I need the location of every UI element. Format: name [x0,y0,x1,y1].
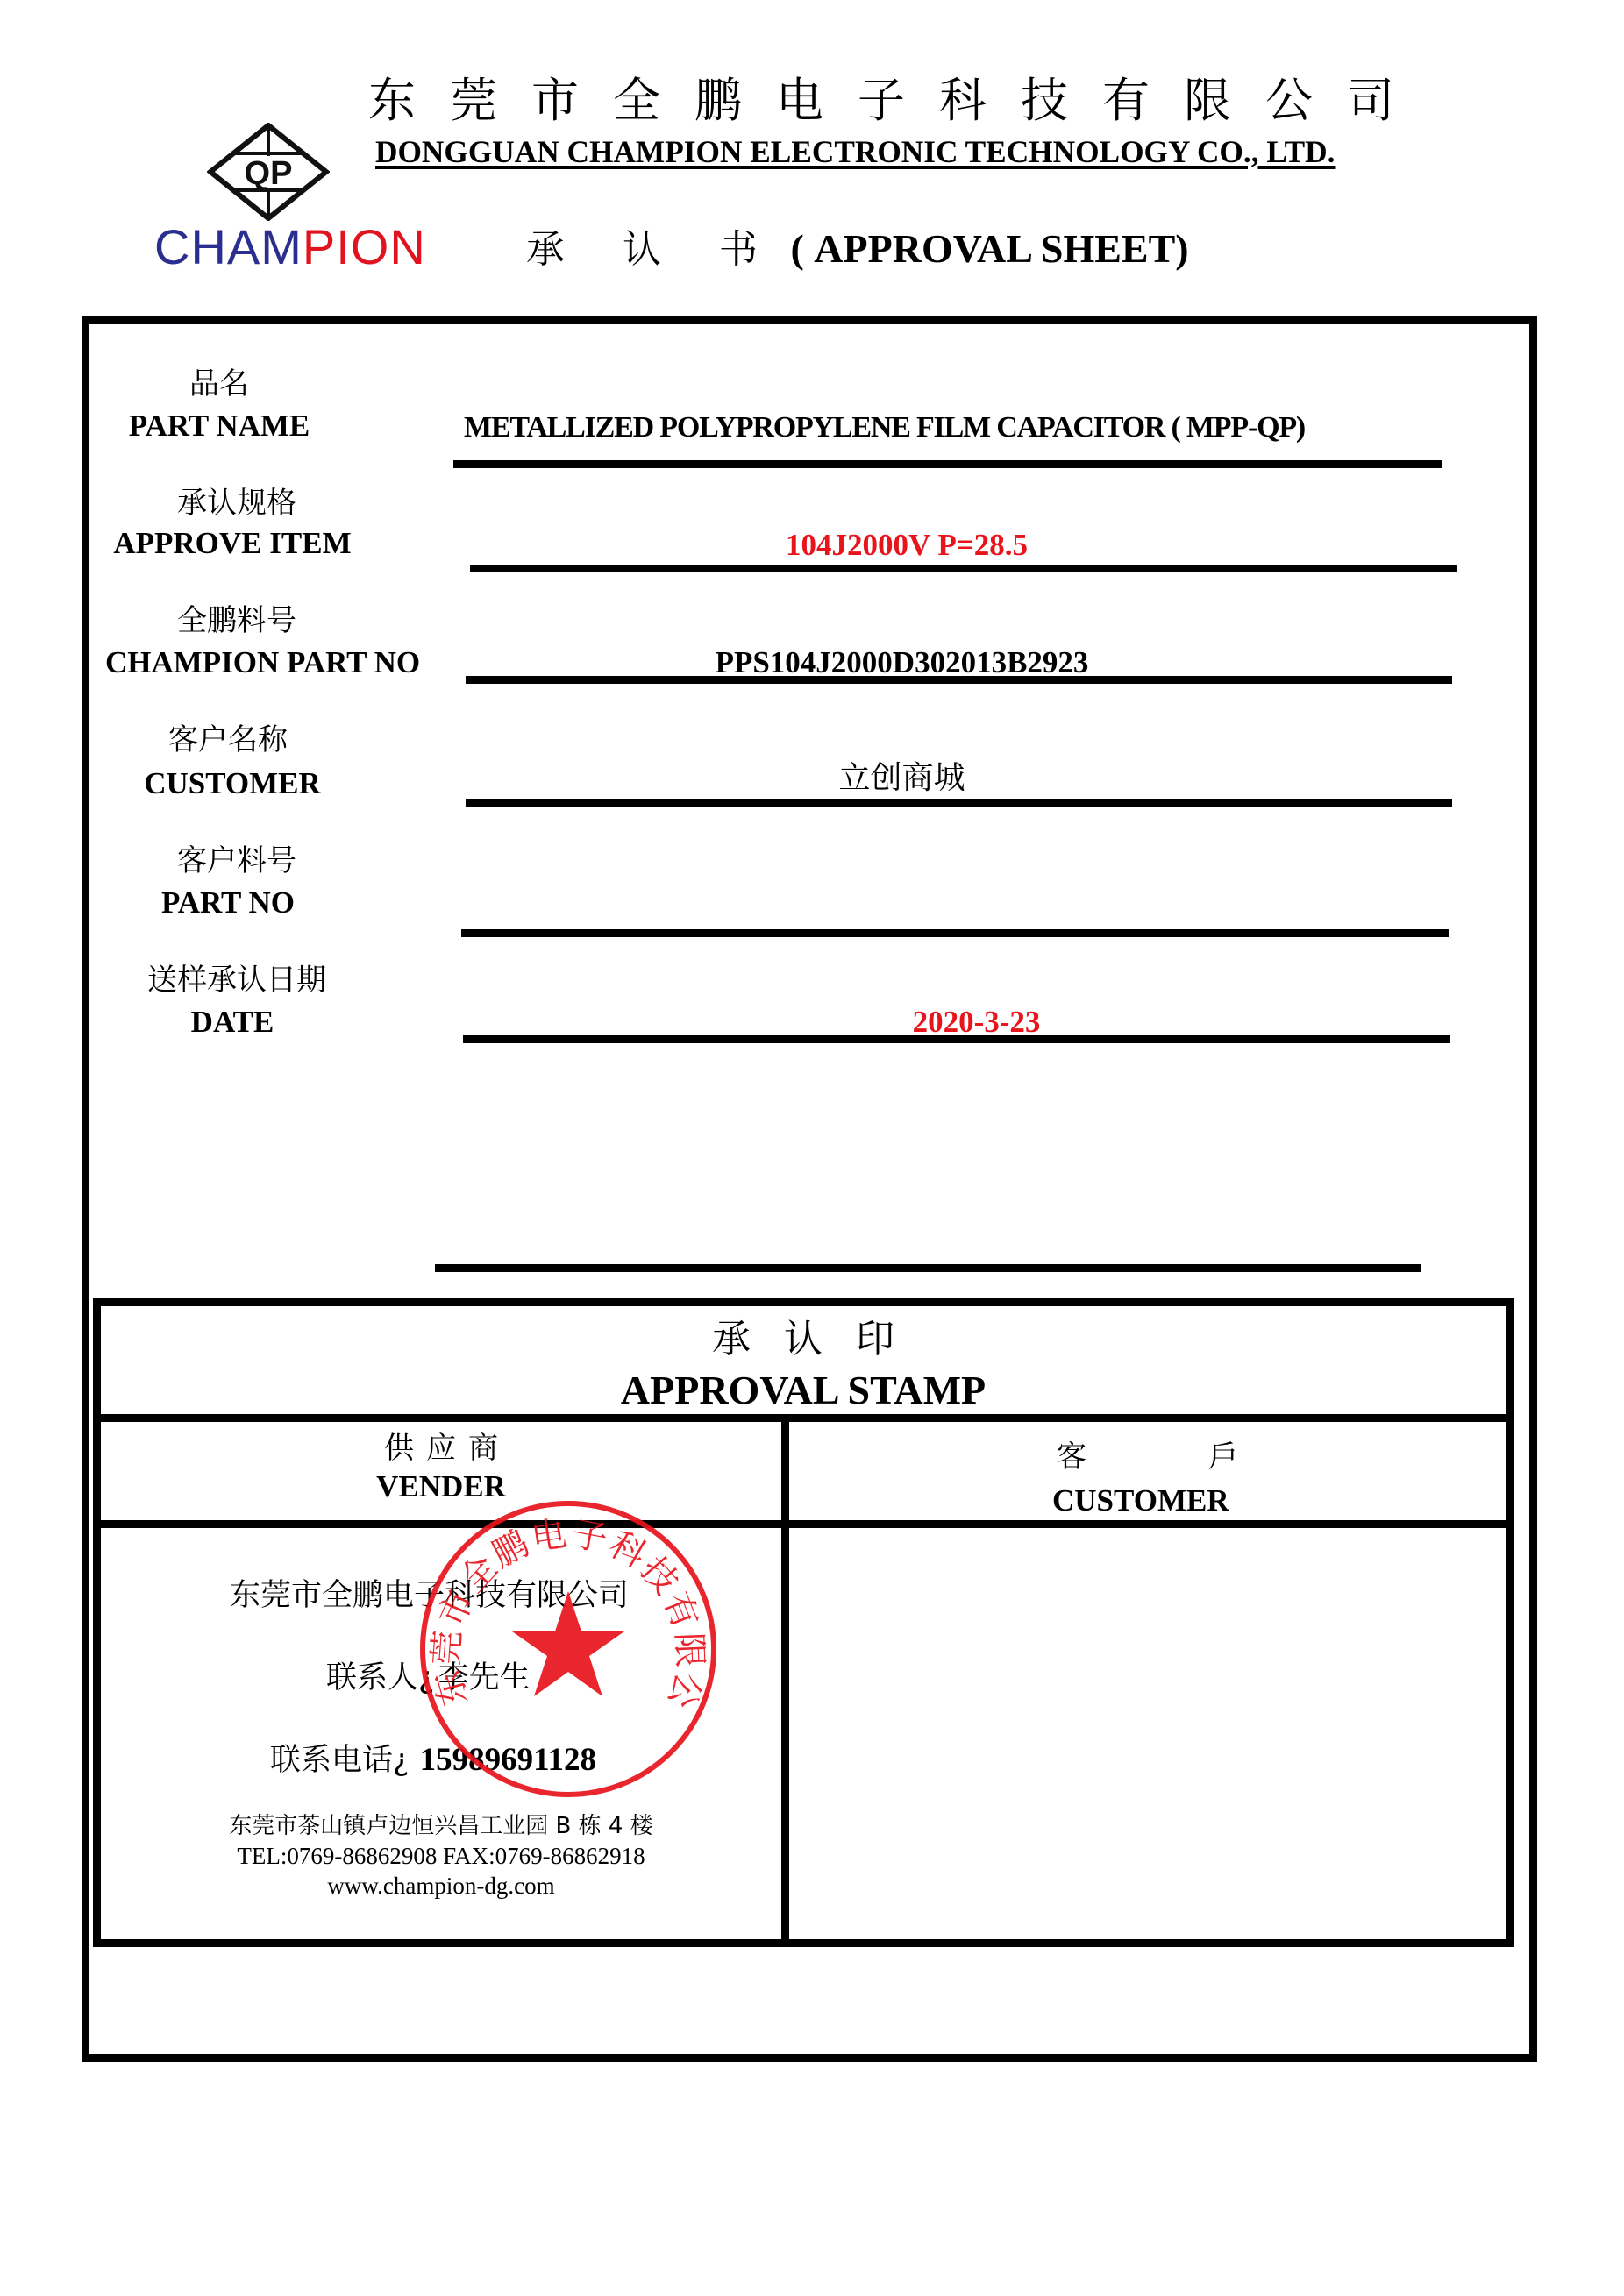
label-champion-part-no-cn: 全鹏料号 [132,601,342,640]
vendor-phone: 联系电话¿15989691128 [270,1739,596,1788]
approval-stamp-title-cn: 承认印 [101,1315,1506,1364]
vendor-contact: 联系人¿李先生 [326,1657,531,1705]
company-name-cn: 东莞市全鹏电子科技有限公司 [368,72,1359,130]
vendor-header-en: VENDER [101,1468,781,1506]
vendor-header: 供应商 VENDER [101,1429,781,1506]
label-approve-item-en: APPROVE ITEM [88,524,377,563]
customer-header-en: CUSTOMER [1052,1482,1229,1520]
customer-header-cn-1: 客 [1057,1438,1086,1476]
label-part-no-en: PART NO [123,884,333,922]
customer-underline [466,799,1452,807]
logo-word-part2: PION [303,219,426,274]
vendor-phone-number: 15989691128 [420,1742,596,1778]
champion-part-no-underline [466,676,1452,684]
vendor-tel-fax: TEL:0769-86862908 FAX:0769-86862918 [101,1841,781,1871]
label-customer-en: CUSTOMER [114,764,351,803]
customer-header: 客 戶 CUSTOMER [789,1438,1498,1476]
emblem-text: QP [245,155,293,192]
label-part-no-cn: 客户料号 [132,842,342,880]
vendor-address: 东莞市茶山镇卢边恒兴昌工业园 B 栋 4 楼 [101,1811,781,1841]
label-part-name-cn: 品名 [132,365,307,403]
approval-stamp-heading: 承认印 APPROVAL STAMP [101,1315,1506,1417]
stamp-table-row-divider-2 [93,1520,1514,1528]
label-date-en: DATE [123,1003,342,1041]
part-no-underline [461,929,1449,937]
date-underline [463,1035,1450,1043]
value-customer: 立创商城 [466,759,1452,798]
vendor-contact-name: 李先生 [438,1660,531,1695]
company-name-en: DONGGUAN CHAMPION ELECTRONIC TECHNOLOGY … [375,133,1372,170]
blank-signature-line [435,1264,1421,1272]
label-customer-cn: 客户名称 [123,721,333,759]
document-title-cn: 承 认 书 [526,227,780,272]
label-part-name-en: PART NAME [105,407,333,445]
vendor-header-cn: 供应商 [101,1429,781,1468]
logo-wordmark: CHAMPION [154,221,382,274]
customer-header-cn-2: 戶 [1208,1438,1238,1476]
vendor-company-name: 东莞市全鹏电子科技有限公司 [230,1575,629,1617]
qp-diamond-emblem-icon: QP [207,123,330,221]
logo-word-part1: CHAM [154,219,303,274]
vendor-address-block: 东莞市茶山镇卢边恒兴昌工业园 B 栋 4 楼 TEL:0769-86862908… [101,1811,781,1901]
document-title-en: ( APPROVAL SHEET) [790,226,1188,271]
vendor-contact-label: 联系人¿ [326,1660,435,1695]
label-champion-part-no-en: CHAMPION PART NO [91,643,474,682]
value-approve-item: 104J2000V P=28.5 [470,526,1457,565]
vendor-phone-label: 联系电话¿ [270,1743,410,1778]
vendor-website: www.champion-dg.com [101,1871,781,1901]
approve-item-underline [470,565,1457,572]
stamp-table-column-divider [781,1414,789,1939]
document-title: 承 认 书 ( APPROVAL SHEET) [526,223,1228,276]
part-name-underline [453,460,1442,468]
approval-stamp-title-en: APPROVAL STAMP [101,1364,1506,1417]
value-part-name: METALLIZED POLYPROPYLENE FILM CAPACITOR … [453,409,1453,447]
company-logo: QP CHAMPION [154,123,375,272]
label-approve-item-cn: 承认规格 [132,484,342,522]
label-date-cn: 送样承认日期 [114,961,360,999]
